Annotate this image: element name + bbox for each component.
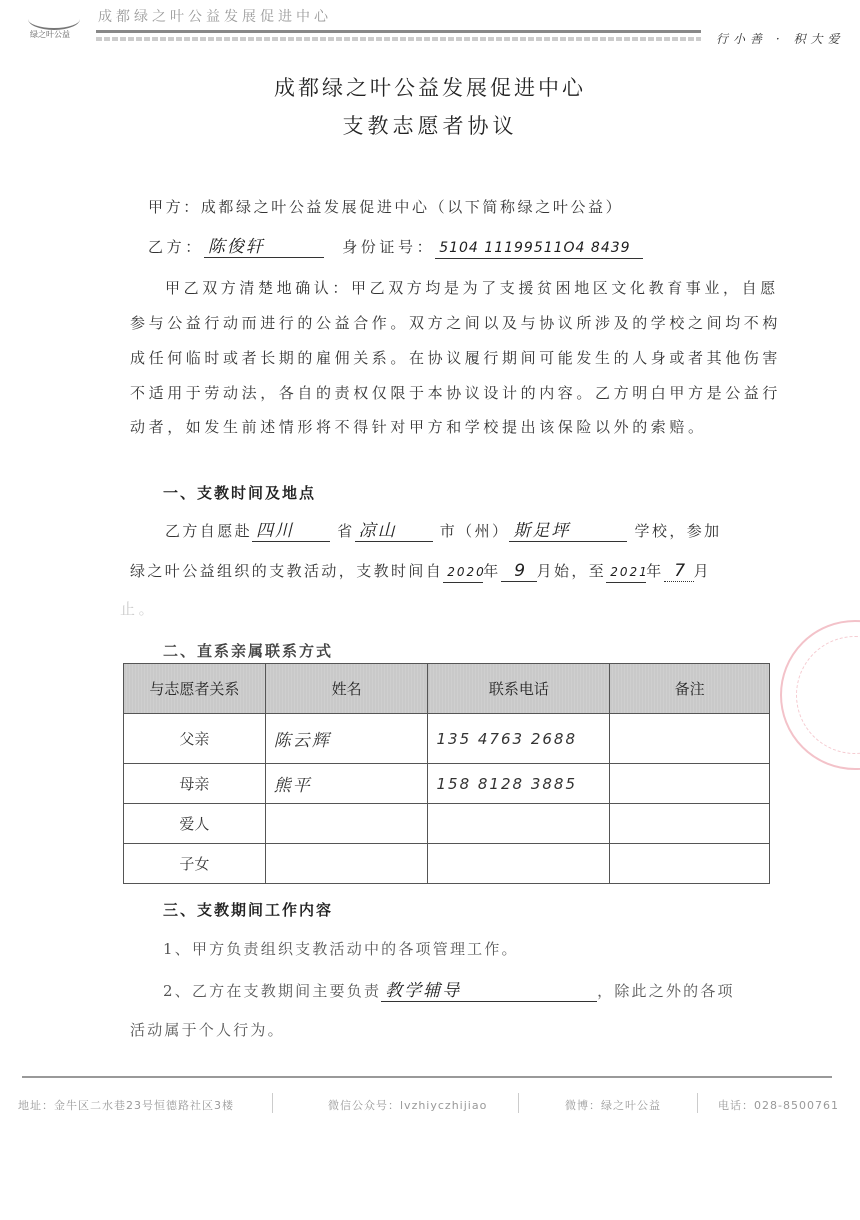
footer-divider [518,1093,519,1113]
party-a-line: 甲方：成都绿之叶公益发展促进中心（以下简称绿之叶公益） [148,196,623,217]
note-cell[interactable] [610,804,770,844]
letterhead-org-name: 成都绿之叶公益发展促进中心 [98,6,332,26]
end-year-label: 年 [646,562,663,580]
end-month-label: 月 [694,562,711,580]
name-cell[interactable]: 陈云辉 [265,714,428,764]
phone-cell[interactable] [428,804,610,844]
city-field[interactable]: 凉山 [355,521,433,542]
phone-cell[interactable]: 158 8128 3885 [428,764,610,804]
logo-leaf-icon [28,8,80,30]
id-number-label: 身份证号： [342,238,435,256]
party-b-line: 乙方：陈俊轩 身份证号：5104 11199511O4 8439 [148,236,643,259]
footer-divider [272,1093,273,1113]
province-label: 省 [337,522,354,540]
table-row: 爱人 [124,804,770,844]
party-a-label: 甲方： [148,198,201,216]
table-row: 子女 [124,844,770,884]
party-b-name-field[interactable]: 陈俊轩 [204,237,324,258]
section3-item2: 2、乙方在支教期间主要负责教学辅导，除此之外的各项 [163,980,735,1002]
location-intro: 乙方自愿赴 [165,522,252,540]
start-year-label: 年 [483,562,500,580]
letterhead-slogan: 行小善 · 积大爱 [716,30,844,47]
relation-cell: 爱人 [124,804,266,844]
start-month-field[interactable]: 9 [501,561,537,582]
table-header-row: 与志愿者关系 姓名 联系电话 备注 [124,664,770,714]
letterhead-subrule [96,37,701,41]
letterhead-rule [96,30,701,33]
section1-period-line: 绿之叶公益组织的支教活动，支教时间自2020年9月始，至2021年7月 [130,560,711,583]
party-b-label: 乙方： [148,238,204,256]
note-cell[interactable] [610,764,770,804]
party-a-value: 成都绿之叶公益发展促进中心（以下简称绿之叶公益） [201,198,623,216]
start-month-label: 月始，至 [537,562,607,580]
seal-inner-ring [796,636,860,754]
province-field[interactable]: 四川 [252,521,330,542]
footer-phone: 电话：028-8500761 [718,1097,839,1113]
table-row: 父亲 陈云辉 135 4763 2688 [124,714,770,764]
school-label: 学校，参加 [635,522,722,540]
family-contact-table: 与志愿者关系 姓名 联系电话 备注 父亲 陈云辉 135 4763 2688 母… [123,663,770,884]
name-cell[interactable] [265,844,428,884]
relation-cell: 父亲 [124,714,266,764]
end-year-field[interactable]: 2021 [606,562,646,583]
period-end-text: 止。 [120,598,157,619]
phone-cell[interactable]: 135 4763 2688 [428,714,610,764]
start-year-field[interactable]: 2020 [443,562,483,583]
preamble-line: 参与公益行动而进行的公益合作。双方之间以及与协议所涉及的学校之间均不构 [130,312,781,333]
note-cell[interactable] [610,844,770,884]
footer-rule [22,1076,832,1078]
period-intro: 绿之叶公益组织的支教活动，支教时间自 [130,562,443,580]
duty-field[interactable]: 教学辅导 [381,981,597,1002]
section1-location-line: 乙方自愿赴四川 省凉山 市（州）斯足坪 学校，参加 [165,520,722,542]
column-header-name: 姓名 [265,664,428,714]
id-number-field[interactable]: 5104 11199511O4 8439 [435,238,643,259]
organization-logo: 绿之叶公益 [20,6,90,42]
column-header-note: 备注 [610,664,770,714]
document-title: 支教志愿者协议 [0,110,860,140]
footer-weibo: 微博：绿之叶公益 [565,1097,661,1113]
relation-cell: 母亲 [124,764,266,804]
name-cell[interactable] [265,804,428,844]
name-cell[interactable]: 熊平 [265,764,428,804]
section3-item2-continued: 活动属于个人行为。 [130,1019,285,1040]
relation-cell: 子女 [124,844,266,884]
column-header-phone: 联系电话 [428,664,610,714]
city-label: 市（州） [440,522,510,540]
document-title-org: 成都绿之叶公益发展促进中心 [0,72,860,102]
note-cell[interactable] [610,714,770,764]
phone-cell[interactable] [428,844,610,884]
footer-wechat: 微信公众号：lvzhiyczhijiao [328,1097,487,1113]
section3-heading: 三、支教期间工作内容 [163,899,333,920]
section2-heading: 二、直系亲属联系方式 [163,640,333,661]
table-row: 母亲 熊平 158 8128 3885 [124,764,770,804]
school-field[interactable]: 斯足坪 [509,521,627,542]
end-month-field[interactable]: 7 [664,561,694,582]
section1-heading: 一、支教时间及地点 [163,482,316,503]
duty-suffix: ，除此之外的各项 [597,982,735,1000]
official-seal-stamp [780,620,860,770]
section3-item1: 1、甲方负责组织支教活动中的各项管理工作。 [163,938,519,959]
preamble-line: 成任何临时或者长期的雇佣关系。在协议履行期间可能发生的人身或者其他伤害 [130,347,781,368]
preamble-line: 动者，如发生前述情形将不得针对甲方和学校提出该保险以外的索赔。 [130,416,707,437]
column-header-relation: 与志愿者关系 [124,664,266,714]
preamble-line: 不适用于劳动法，各自的责权仅限于本协议设计的内容。乙方明白甲方是公益行 [130,382,781,403]
duty-intro: 2、乙方在支教期间主要负责 [163,982,381,1000]
preamble-line: 甲乙双方清楚地确认：甲乙双方均是为了支援贫困地区文化教育事业，自愿 [165,277,779,298]
logo-text: 绿之叶公益 [30,29,70,40]
footer-divider [697,1093,698,1113]
footer-address: 地址：金牛区二水巷23号恒德路社区3楼 [18,1097,234,1113]
